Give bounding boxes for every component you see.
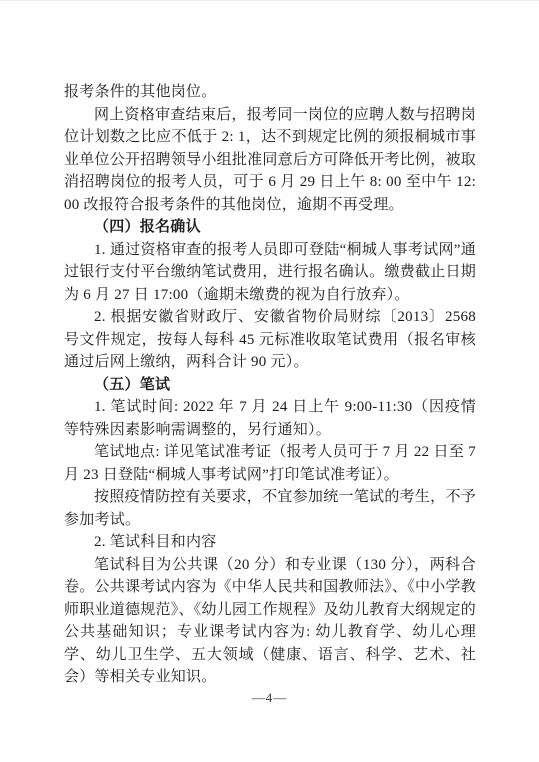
paragraph-payment-confirmation: 1. 通过资格审查的报考人员即可登陆“桐城人事考试网”通过银行支付平台缴纳笔试费… xyxy=(64,239,476,307)
document-page: 报考条件的其他岗位。 网上资格审查结束后，报考同一岗位的应聘人数与招聘岗位计划数… xyxy=(0,0,539,762)
paragraph-online-qualification-review: 网上资格审查结束后，报考同一岗位的应聘人数与招聘岗位计划数之比应不低于 2: 1… xyxy=(64,104,476,217)
paragraph-exam-fee-standard: 2. 根据安徽省财政厅、安徽省物价局财综〔2013〕2568 号文件规定，按每人… xyxy=(64,306,476,374)
paragraph-epidemic-control-requirement: 按照疫情防控有关要求，不宜参加统一笔试的考生，不予参加考试。 xyxy=(64,486,476,531)
heading-section-5-written-exam: （五）笔试 xyxy=(64,374,476,397)
paragraph-exam-time: 1. 笔试时间: 2022 年 7 月 24 日上午 9:00-11:30（因疫… xyxy=(64,396,476,441)
paragraph-exam-subjects-content: 笔试科目为公共课（20 分）和专业课（130 分），两科合卷。公共课考试内容为《… xyxy=(64,554,476,689)
paragraph-other-positions-continuation: 报考条件的其他岗位。 xyxy=(64,81,476,104)
page-number: —4— xyxy=(0,690,539,706)
heading-section-4-registration-confirmation: （四）报名确认 xyxy=(64,216,476,239)
paragraph-exam-subjects-title: 2. 笔试科目和内容 xyxy=(64,531,476,554)
document-body: 报考条件的其他岗位。 网上资格审查结束后，报考同一岗位的应聘人数与招聘岗位计划数… xyxy=(64,81,476,689)
paragraph-exam-location: 笔试地点: 详见笔试准考证（报考人员可于 7 月 22 日至 7 月 23 日登… xyxy=(64,441,476,486)
